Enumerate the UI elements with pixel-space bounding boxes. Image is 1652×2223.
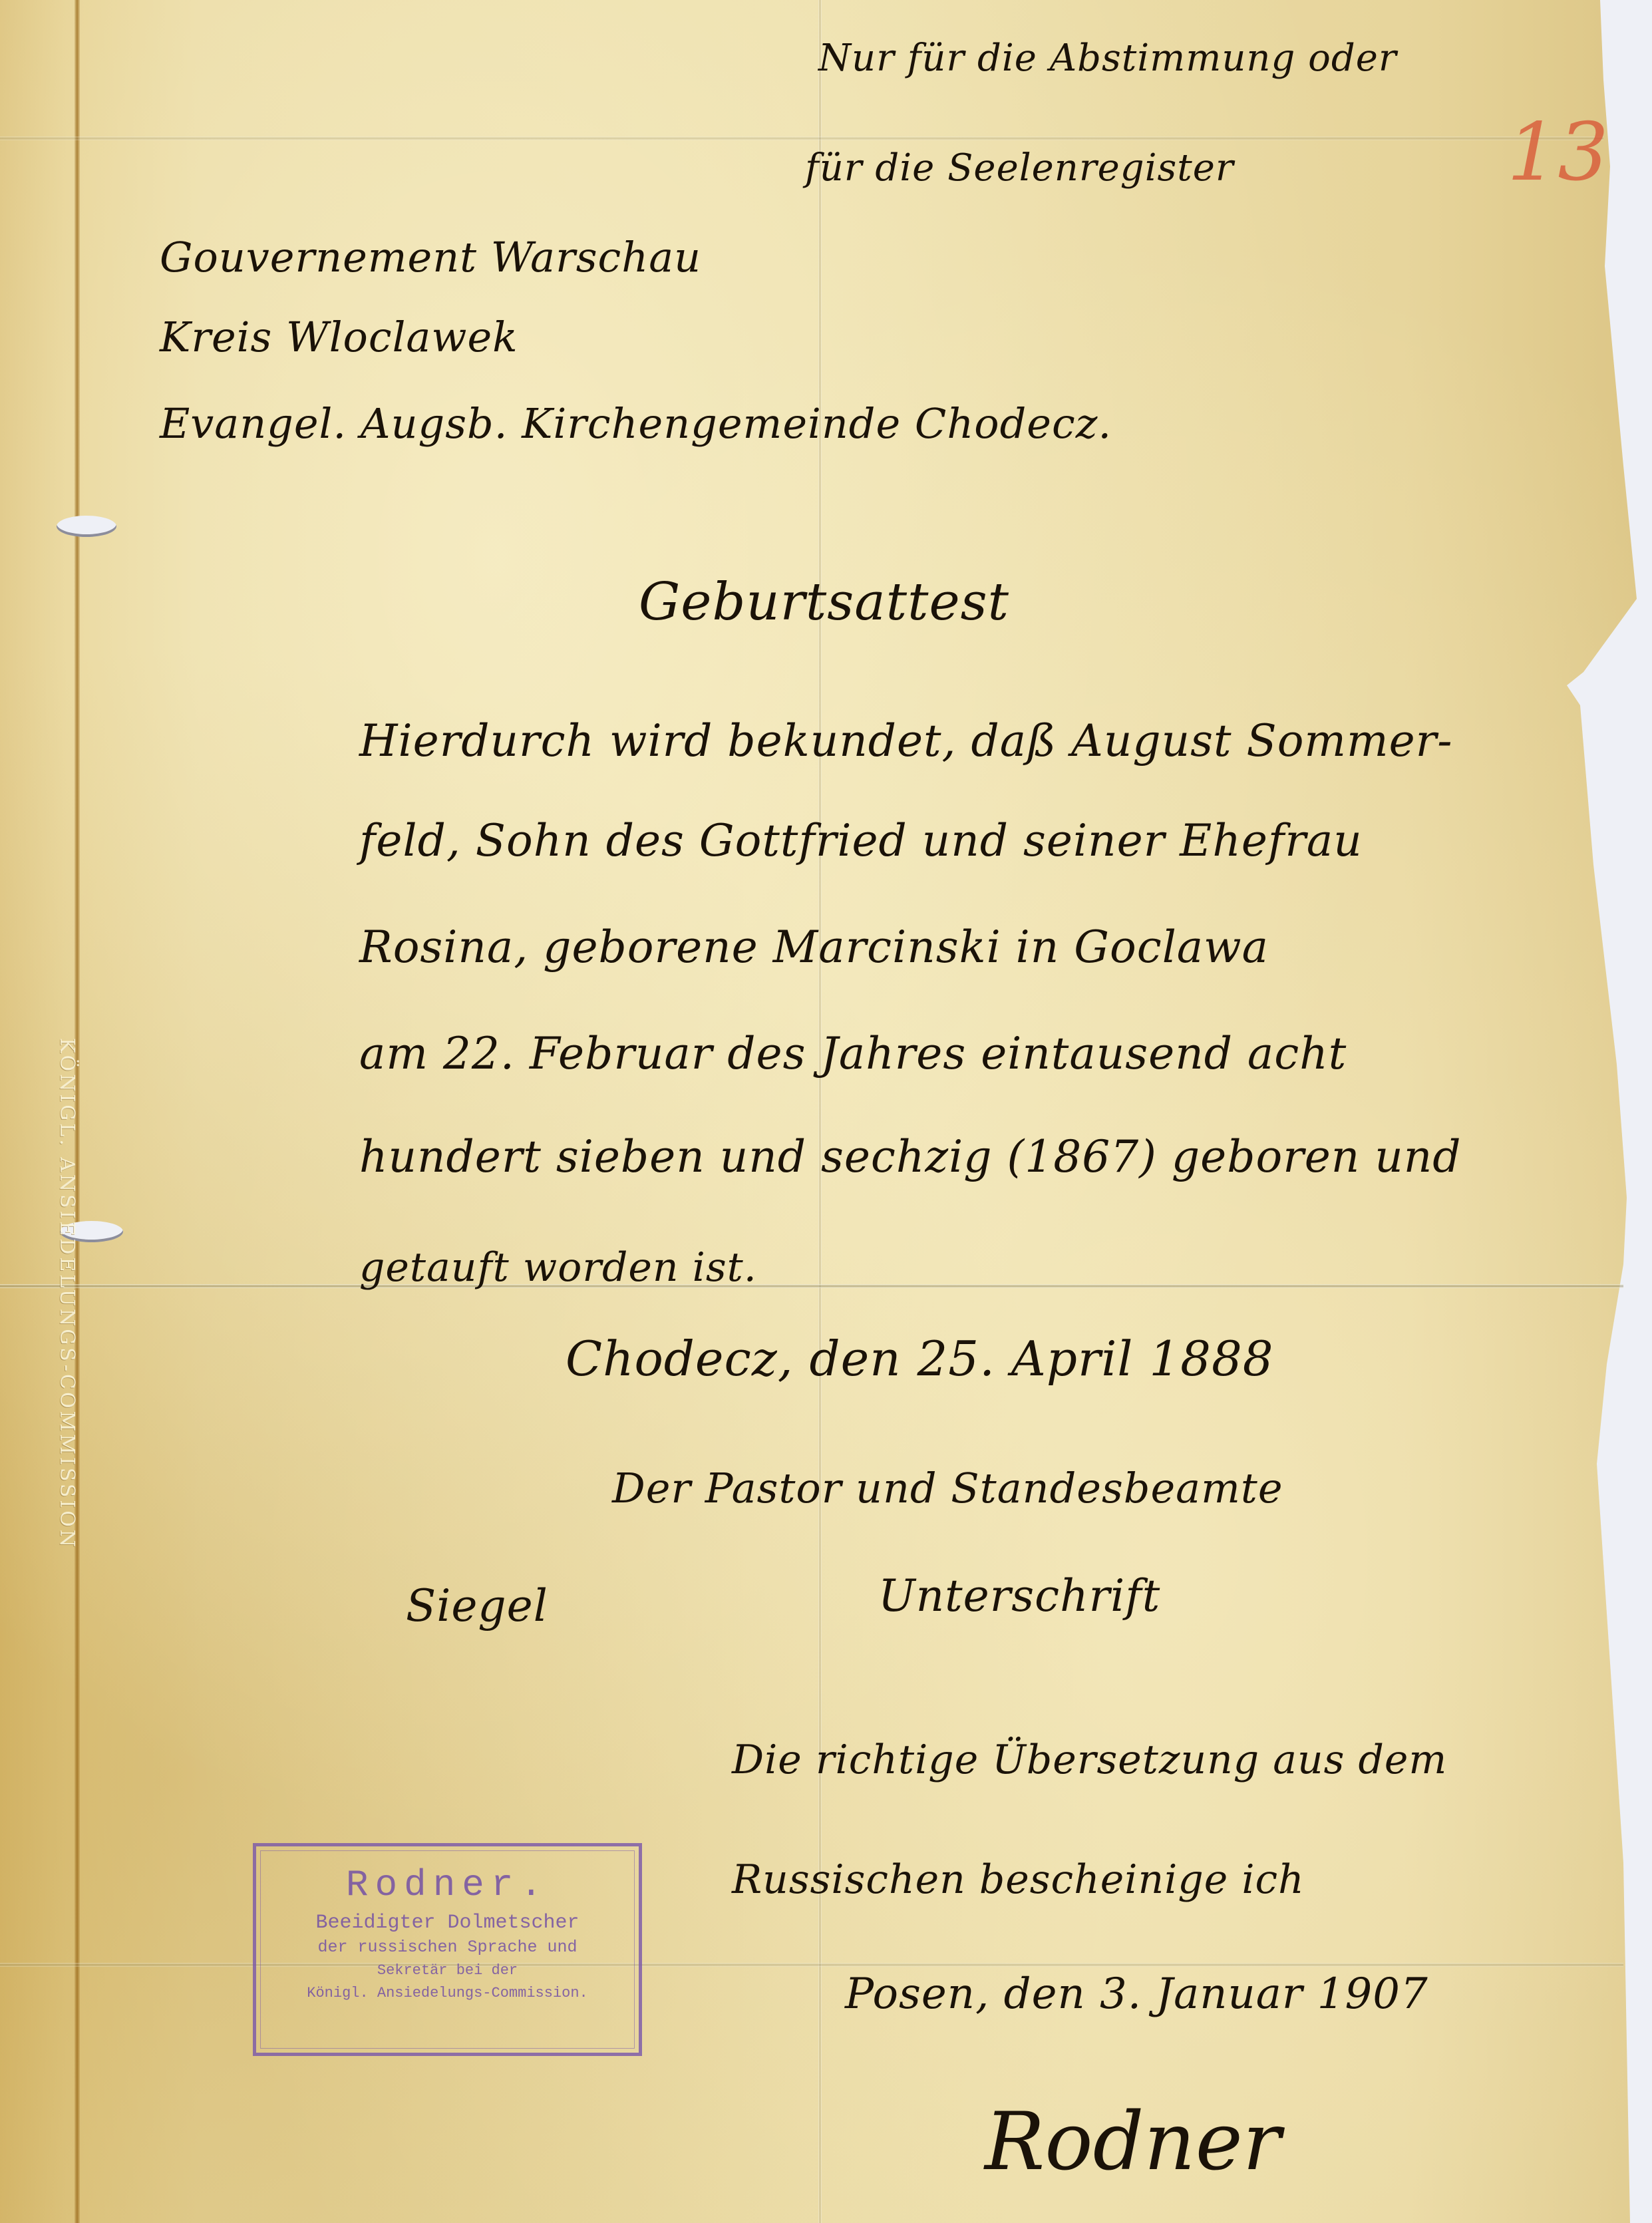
stamp-line-2: der russischen Sprache und — [256, 1936, 639, 1960]
translator-certification-line-2: Russischen bescheinige ich — [732, 1856, 1305, 1903]
body-line-6: getauft worden ist. — [359, 1244, 757, 1291]
stamp-line-3: Sekretär bei der — [256, 1960, 639, 1982]
translator-certification-line-1: Die richtige Übersetzung aus dem — [732, 1737, 1447, 1783]
address-line-district: Kreis Wloclawek — [160, 313, 518, 361]
place-and-date: Chodecz, den 25. April 1888 — [566, 1331, 1274, 1387]
header-note-line-2: für die Seelenregister — [805, 146, 1234, 190]
punch-hole — [57, 516, 116, 537]
horizontal-crease — [0, 1963, 1623, 1967]
embossed-margin-stamp: KÖNIGL. ANSIEDELUNGS-COMMISSION — [55, 1038, 79, 1550]
address-line-government: Gouvernement Warschau — [160, 233, 701, 281]
body-line-2: feld, Sohn des Gottfried und seiner Ehef… — [359, 815, 1363, 866]
horizontal-crease — [0, 136, 1603, 140]
translator-certification-date: Posen, den 3. Januar 1907 — [845, 1969, 1428, 2019]
issuer-title: Der Pastor und Standesbeamte — [612, 1464, 1283, 1512]
body-line-3: Rosina, geborene Marcinski in Goclawa — [359, 922, 1269, 973]
address-line-parish: Evangel. Augsb. Kirchengemeinde Chodecz. — [160, 399, 1112, 448]
signature-label: Unterschrift — [878, 1570, 1160, 1622]
body-line-4: am 22. Februar des Jahres eintausend ach… — [359, 1028, 1347, 1079]
translator-signature: Rodner — [985, 2096, 1281, 2188]
stamp-name: Rodner. — [256, 1865, 639, 1905]
header-note-line-1: Nur für die Abstimmung oder — [818, 37, 1397, 80]
body-line-1: Hierdurch wird bekundet, daß August Somm… — [359, 715, 1453, 767]
stamp-line-4: Königl. Ansiedelungs-Commission. — [256, 1982, 639, 2005]
scanned-document-page: KÖNIGL. ANSIEDELUNGS-COMMISSION 13 Nur f… — [0, 0, 1652, 2223]
red-pencil-annotation: 13 — [1507, 106, 1609, 199]
body-line-5: hundert sieben und sechzig (1867) gebore… — [359, 1131, 1462, 1182]
translator-rubber-stamp: Rodner. Beeidigter Dolmetscher der russi… — [253, 1843, 642, 2056]
document-title: Geburtsattest — [639, 572, 1009, 632]
horizontal-crease — [0, 1284, 1623, 1288]
seal-label: Siegel — [406, 1580, 548, 1631]
stamp-line-1: Beeidigter Dolmetscher — [256, 1910, 639, 1936]
